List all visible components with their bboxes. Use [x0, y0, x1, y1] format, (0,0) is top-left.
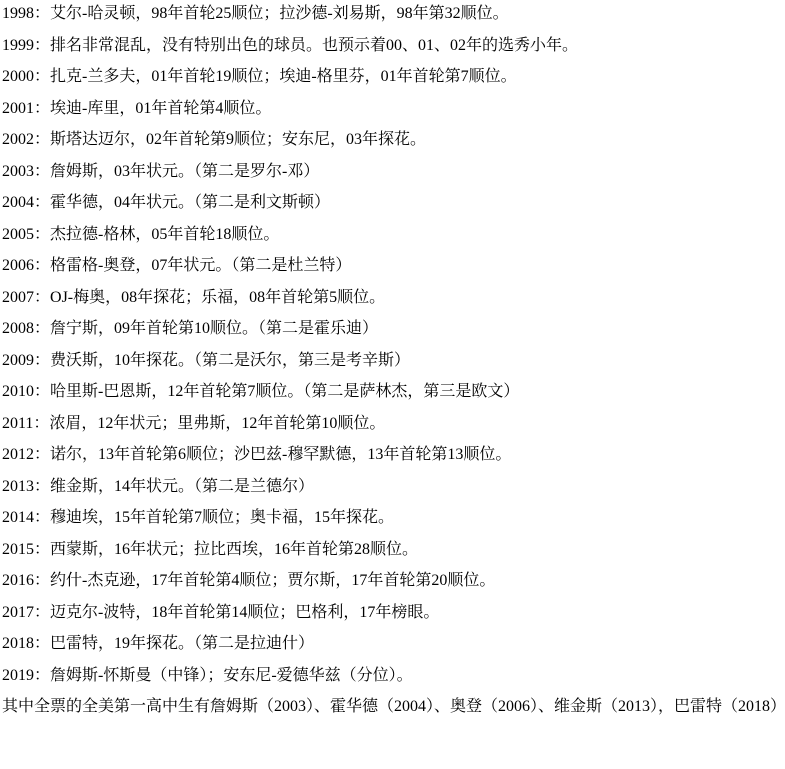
draft-entry-text: 艾尔-哈灵顿，98年首轮25顺位；拉沙德-刘易斯，98年第32顺位。	[50, 5, 509, 22]
draft-entry-text: 哈里斯-巴恩斯，12年首轮第7顺位。（第二是萨林杰，第三是欧文）	[50, 383, 519, 400]
draft-year: 2002	[2, 131, 34, 148]
draft-entry-text: 詹宁斯，09年首轮第10顺位。（第二是霍乐迪）	[50, 320, 378, 337]
draft-year: 2000	[2, 68, 34, 85]
draft-entry-text: 詹姆斯，03年状元。（第二是罗尔-邓）	[50, 163, 319, 180]
draft-year: 2014	[2, 509, 34, 526]
draft-entry-text: OJ-梅奥，08年探花；乐福，08年首轮第5顺位。	[50, 289, 385, 306]
draft-year-entry: 2007：OJ-梅奥，08年探花；乐福，08年首轮第5顺位。	[2, 288, 779, 307]
draft-entry-text: 排名非常混乱，没有特别出色的球员。也预示着00、01、02年的选秀小年。	[50, 37, 578, 54]
draft-entry-text: 约什-杰克逊，17年首轮第4顺位；贾尔斯，17年首轮第20顺位。	[50, 572, 495, 589]
draft-entry-text: 霍华德，04年状元。（第二是利文斯顿）	[50, 194, 330, 211]
draft-year-entry: 2000：扎克-兰多夫，01年首轮19顺位；埃迪-格里芬，01年首轮第7顺位。	[2, 67, 779, 86]
colon-separator: ：	[34, 226, 50, 243]
colon-separator: ：	[34, 194, 50, 211]
colon-separator: ：	[34, 289, 50, 306]
colon-separator: ：	[34, 37, 50, 54]
draft-year-entry: 2012：诺尔，13年首轮第6顺位；沙巴兹-穆罕默德，13年首轮第13顺位。	[2, 445, 779, 464]
draft-entry-text: 詹姆斯-怀斯曼（中锋）；安东尼-爱德华兹（分位）。	[50, 667, 413, 684]
draft-year-entry: 1998：艾尔-哈灵顿，98年首轮25顺位；拉沙德-刘易斯，98年第32顺位。	[2, 4, 779, 23]
draft-entry-text: 埃迪-库里，01年首轮第4顺位。	[50, 100, 271, 117]
colon-separator: ：	[34, 667, 50, 684]
document-body: 1998：艾尔-哈灵顿，98年首轮25顺位；拉沙德-刘易斯，98年第32顺位。 …	[2, 4, 779, 716]
draft-year-entry: 2016：约什-杰克逊，17年首轮第4顺位；贾尔斯，17年首轮第20顺位。	[2, 571, 779, 590]
draft-year-entry: 2004：霍华德，04年状元。（第二是利文斯顿）	[2, 193, 779, 212]
draft-year: 2013	[2, 478, 34, 495]
draft-year-entry: 2019：詹姆斯-怀斯曼（中锋）；安东尼-爱德华兹（分位）。	[2, 666, 779, 685]
colon-separator: ：	[34, 100, 50, 117]
colon-separator: ：	[34, 478, 50, 495]
draft-year: 2004	[2, 194, 34, 211]
draft-year-entry: 2002：斯塔达迈尔，02年首轮第9顺位；安东尼，03年探花。	[2, 130, 779, 149]
draft-year: 2001	[2, 100, 34, 117]
colon-separator: ：	[34, 383, 50, 400]
colon-separator: ：	[34, 572, 50, 589]
draft-year-entry: 2006：格雷格-奥登，07年状元。（第二是杜兰特）	[2, 256, 779, 275]
draft-year-entry: 2017：迈克尔-波特，18年首轮第14顺位；巴格利，17年榜眼。	[2, 603, 779, 622]
draft-year: 2006	[2, 257, 34, 274]
colon-separator: ：	[34, 509, 50, 526]
draft-entry-text: 巴雷特，19年探花。（第二是拉迪什）	[50, 635, 314, 652]
draft-year: 2015	[2, 541, 34, 558]
draft-year: 2012	[2, 446, 34, 463]
colon-separator: ：	[34, 257, 50, 274]
draft-entry-text: 迈克尔-波特，18年首轮第14顺位；巴格利，17年榜眼。	[50, 604, 439, 621]
summary-paragraph: 其中全票的全美第一高中生有詹姆斯（2003）、霍华德（2004）、奥登（2006…	[2, 697, 779, 716]
draft-year: 2019	[2, 667, 34, 684]
draft-entry-text: 扎克-兰多夫，01年首轮19顺位；埃迪-格里芬，01年首轮第7顺位。	[50, 68, 517, 85]
colon-separator: ：	[34, 68, 50, 85]
colon-separator: ：	[34, 5, 50, 22]
draft-year-entry: 2010：哈里斯-巴恩斯，12年首轮第7顺位。（第二是萨林杰，第三是欧文）	[2, 382, 779, 401]
draft-year-entry: 2014：穆迪埃，15年首轮第7顺位；奥卡福，15年探花。	[2, 508, 779, 527]
draft-entry-text: 西蒙斯，16年状元；拉比西埃，16年首轮第28顺位。	[50, 541, 418, 558]
draft-year: 2011	[2, 415, 33, 432]
draft-year: 2007	[2, 289, 34, 306]
draft-year: 1998	[2, 5, 34, 22]
draft-year: 2008	[2, 320, 34, 337]
draft-year-entry: 2018：巴雷特，19年探花。（第二是拉迪什）	[2, 634, 779, 653]
draft-entry-text: 斯塔达迈尔，02年首轮第9顺位；安东尼，03年探花。	[50, 131, 426, 148]
colon-separator: ：	[34, 604, 50, 621]
colon-separator: ：	[34, 446, 50, 463]
draft-year: 2005	[2, 226, 34, 243]
draft-year-entry: 2011：浓眉，12年状元；里弗斯，12年首轮第10顺位。	[2, 414, 779, 433]
colon-separator: ：	[34, 635, 50, 652]
draft-year: 2003	[2, 163, 34, 180]
draft-year-entry: 1999：排名非常混乱，没有特别出色的球员。也预示着00、01、02年的选秀小年…	[2, 36, 779, 55]
draft-entry-text: 维金斯，14年状元。（第二是兰德尔）	[50, 478, 314, 495]
draft-entry-text: 浓眉，12年状元；里弗斯，12年首轮第10顺位。	[49, 415, 385, 432]
draft-year: 1999	[2, 37, 34, 54]
colon-separator: ：	[34, 541, 50, 558]
draft-year-entry: 2001：埃迪-库里，01年首轮第4顺位。	[2, 99, 779, 118]
draft-year-entry: 2009：费沃斯，10年探花。（第二是沃尔，第三是考辛斯）	[2, 351, 779, 370]
draft-entry-text: 诺尔，13年首轮第6顺位；沙巴兹-穆罕默德，13年首轮第13顺位。	[50, 446, 511, 463]
draft-entry-text: 杰拉德-格林，05年首轮18顺位。	[50, 226, 279, 243]
draft-entry-text: 费沃斯，10年探花。（第二是沃尔，第三是考辛斯）	[50, 352, 410, 369]
draft-year: 2010	[2, 383, 34, 400]
draft-year: 2018	[2, 635, 34, 652]
draft-year: 2017	[2, 604, 34, 621]
draft-year-entry: 2008：詹宁斯，09年首轮第10顺位。（第二是霍乐迪）	[2, 319, 779, 338]
colon-separator: ：	[34, 131, 50, 148]
draft-entry-text: 格雷格-奥登，07年状元。（第二是杜兰特）	[50, 257, 351, 274]
draft-year-entry: 2013：维金斯，14年状元。（第二是兰德尔）	[2, 477, 779, 496]
draft-year: 2016	[2, 572, 34, 589]
draft-year-entry: 2015：西蒙斯，16年状元；拉比西埃，16年首轮第28顺位。	[2, 540, 779, 559]
draft-year: 2009	[2, 352, 34, 369]
colon-separator: ：	[34, 320, 50, 337]
draft-year-entry: 2005：杰拉德-格林，05年首轮18顺位。	[2, 225, 779, 244]
colon-separator: ：	[33, 415, 49, 432]
draft-year-entry: 2003：詹姆斯，03年状元。（第二是罗尔-邓）	[2, 162, 779, 181]
draft-entry-text: 穆迪埃，15年首轮第7顺位；奥卡福，15年探花。	[50, 509, 394, 526]
colon-separator: ：	[34, 163, 50, 180]
colon-separator: ：	[34, 352, 50, 369]
